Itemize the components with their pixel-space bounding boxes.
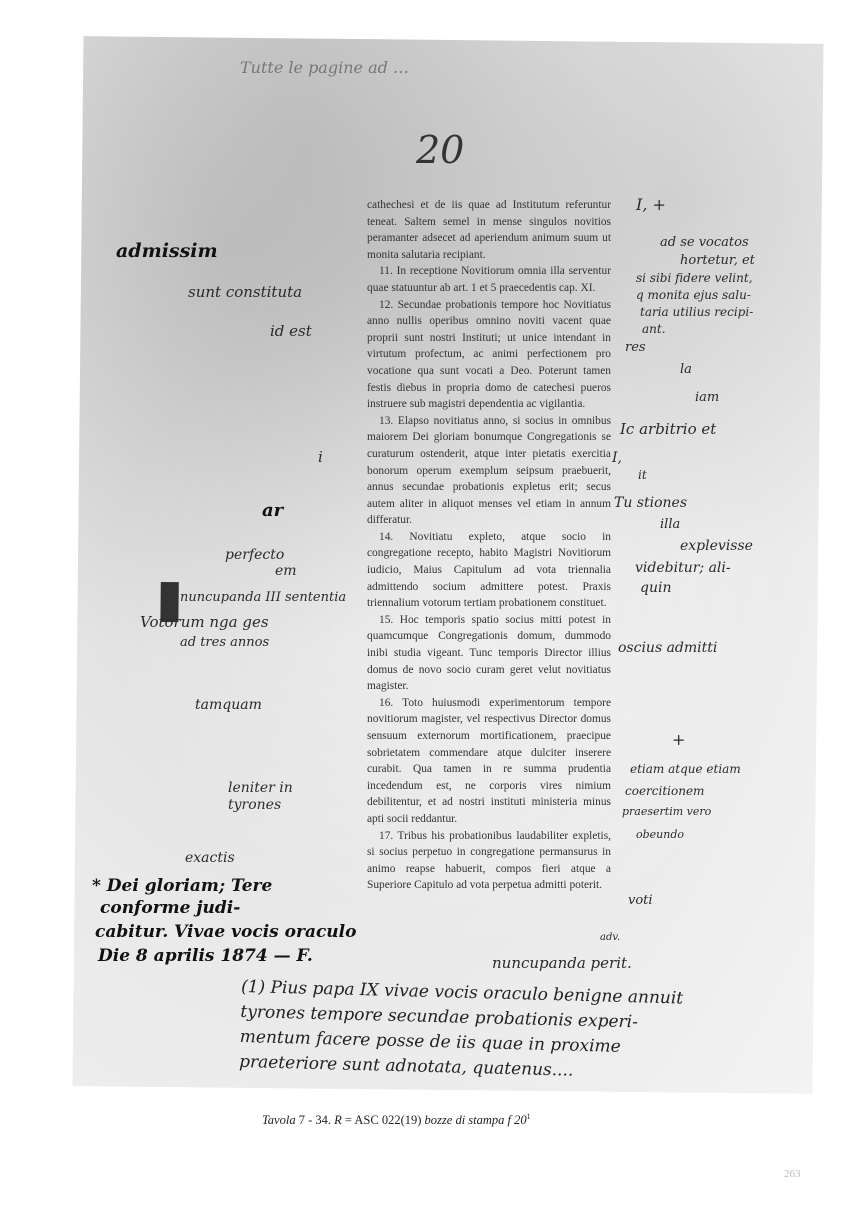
printed-paragraph-14: 14. Novitiatu expleto, atque socio in co… (367, 529, 611, 612)
left-note: tamquam (195, 697, 262, 713)
right-note: I, + (636, 195, 666, 214)
right-note: la (680, 362, 692, 377)
left-note: ad tres annos (180, 635, 269, 650)
caption-desc: bozze di stampa (425, 1113, 505, 1127)
caption-siglum: R (334, 1113, 342, 1127)
right-note: I, (612, 450, 622, 466)
left-note: sunt constituta (188, 283, 302, 301)
printed-paragraph-15: 15. Hoc temporis spatio socius mitti pot… (367, 612, 611, 695)
left-note: i (318, 448, 323, 466)
caption-equals: = (345, 1113, 352, 1127)
right-note: res (625, 340, 646, 355)
left-note: Votorum nga ges (140, 613, 269, 631)
left-note: Die 8 aprilis 1874 — F. (98, 946, 313, 966)
right-note: it (638, 468, 647, 482)
printed-paragraph-13: 13. Elapso novitiatus anno, si socius in… (367, 413, 611, 529)
caption-archive: ASC 022(19) (354, 1113, 421, 1127)
right-note: iam (695, 390, 719, 405)
caption-folio: f 20 (508, 1113, 527, 1127)
right-note: hortetur, et (680, 253, 755, 268)
right-note: si sibi fidere velint, (636, 271, 753, 285)
caption-number: 7 - 34. (299, 1113, 331, 1127)
bottom-annotation-superscript: adv. (600, 932, 620, 943)
right-note: explevisse (680, 538, 753, 554)
printed-paragraph-16: 16. Toto huiusmodi experimentorum tempor… (367, 695, 611, 828)
left-note: perfecto (225, 547, 284, 563)
right-note: illa (660, 517, 680, 532)
right-note: Tu stiones (614, 495, 687, 511)
right-note: videbitur; ali- (635, 560, 731, 576)
handwritten-page-number: 20 (416, 128, 464, 172)
left-note: nuncupanda III sententia (180, 590, 346, 605)
right-note: taria utilius recipi- (640, 305, 753, 319)
left-note: ar (262, 500, 283, 521)
top-handwritten-note: Tutte le pagine ad … (240, 58, 409, 77)
printed-paragraph-11: 11. In receptione Novitiorum omnia illa … (367, 263, 611, 296)
right-note: ant. (642, 322, 666, 336)
right-note: coercitionem (625, 784, 704, 798)
page-number: 263 (784, 1168, 801, 1180)
plate-caption: Tavola 7 - 34. R = ASC 022(19) bozze di … (262, 1112, 531, 1128)
right-note: praesertim vero (622, 805, 711, 818)
right-note: obeundo (636, 828, 684, 841)
right-note: voti (628, 893, 653, 908)
left-note: exactis (185, 850, 235, 866)
left-note: id est (270, 322, 312, 340)
left-note: * Dei gloriam; Tere (92, 876, 272, 896)
handwritten-footnote: (1) Pius papa IX vivae vocis oraculo ben… (239, 975, 781, 1089)
right-note: + (672, 730, 685, 749)
right-note: etiam atque etiam (630, 762, 741, 776)
printed-paragraph-12: 12. Secundae probationis tempore hoc Nov… (367, 297, 611, 413)
left-note: conforme judi- (100, 898, 240, 918)
bottom-annotation: nuncupanda perit. (492, 954, 632, 972)
printed-paragraph: cathechesi et de iis quae ad Institutum … (367, 197, 611, 263)
printed-proof-text: cathechesi et de iis quae ad Institutum … (367, 197, 611, 894)
caption-prefix: Tavola (262, 1113, 296, 1127)
right-note: oscius admitti (618, 640, 717, 656)
right-note: ad se vocatos (660, 235, 749, 250)
right-note: quin (640, 580, 671, 596)
right-note: q monita ejus salu- (636, 288, 751, 302)
left-note: cabitur. Vivae vocis oraculo (95, 922, 356, 942)
right-note: Ic arbitrio et (620, 420, 716, 438)
left-note: em (275, 563, 297, 579)
caption-sup: 1 (527, 1112, 531, 1121)
left-note: leniter in tyrones (228, 780, 348, 814)
left-note: admissim (116, 240, 218, 262)
printed-paragraph-17: 17. Tribus his probationibus laudabilite… (367, 828, 611, 894)
